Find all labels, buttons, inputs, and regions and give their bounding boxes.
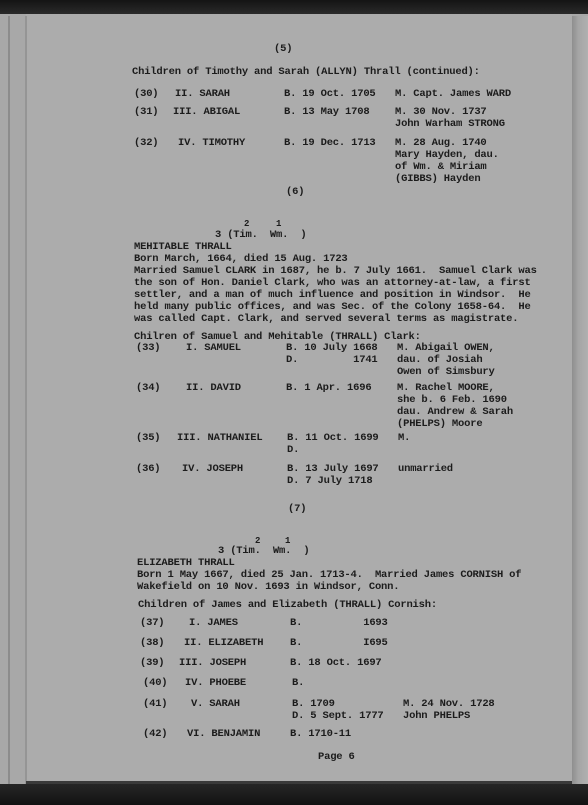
child-name: V. SARAH bbox=[191, 698, 240, 711]
child-birth: B. 1 Apr. 1696 bbox=[286, 382, 371, 395]
bio-line: Wakefield on 10 Nov. 1693 in Windsor, Co… bbox=[137, 581, 399, 594]
child-id: (36) bbox=[136, 463, 160, 476]
child-id: (32) bbox=[134, 137, 158, 150]
child-birth: B. 1710-11 bbox=[290, 728, 351, 741]
child-birth: B. 11 Oct. 1699 bbox=[287, 432, 379, 445]
child-marriage: unmarried bbox=[398, 463, 453, 476]
child-spouse: John PHELPS bbox=[403, 710, 470, 723]
child-name: III. NATHANIEL bbox=[177, 432, 262, 445]
section-heading: Chilren of Samuel and Mehitable (THRALL)… bbox=[134, 331, 421, 344]
child-id: (30) bbox=[134, 88, 158, 101]
scan-bottom-edge bbox=[0, 784, 588, 805]
adjacent-page-edge bbox=[572, 16, 588, 786]
child-id: (31) bbox=[134, 106, 158, 119]
child-name: VI. BENJAMIN bbox=[187, 728, 260, 741]
page-footer: Page 6 bbox=[318, 751, 355, 764]
section-number: (5) bbox=[274, 43, 292, 56]
child-birth: B. I695 bbox=[290, 637, 388, 650]
child-birth: B. 19 Dec. 1713 bbox=[284, 137, 376, 150]
child-name: II. ELIZABETH bbox=[184, 637, 263, 650]
child-death: D. 1741 bbox=[286, 354, 378, 367]
scanned-document: (5) Children of Timothy and Sarah (ALLYN… bbox=[0, 0, 588, 805]
section-heading: Children of Timothy and Sarah (ALLYN) Th… bbox=[132, 66, 480, 79]
section-number: (6) bbox=[286, 186, 304, 199]
child-spouse-parents: Owen of Simsbury bbox=[397, 366, 495, 379]
child-spouse: John Warham STRONG bbox=[395, 118, 505, 131]
child-death: D. 7 July 1718 bbox=[287, 475, 372, 488]
page-edge-line bbox=[25, 16, 27, 786]
child-id: (34) bbox=[136, 382, 160, 395]
child-id: (42) bbox=[143, 728, 167, 741]
page-edge-line bbox=[8, 16, 10, 786]
section-number: (7) bbox=[288, 503, 306, 516]
child-id: (38) bbox=[140, 637, 164, 650]
child-birth: B. 13 May 1708 bbox=[284, 106, 369, 119]
child-id: (39) bbox=[140, 657, 164, 670]
child-name: IV. JOSEPH bbox=[182, 463, 243, 476]
child-name: II. DAVID bbox=[186, 382, 241, 395]
child-birth: B. 1693 bbox=[290, 617, 388, 630]
child-name: I. SAMUEL bbox=[186, 342, 241, 355]
child-name: IV. PHOEBE bbox=[185, 677, 246, 690]
child-birth: B. 18 Oct. 1697 bbox=[290, 657, 382, 670]
child-name: III. JOSEPH bbox=[179, 657, 246, 670]
child-id: (35) bbox=[136, 432, 160, 445]
section-heading: Children of James and Elizabeth (THRALL)… bbox=[138, 599, 437, 612]
child-id: (40) bbox=[143, 677, 167, 690]
child-id: (33) bbox=[136, 342, 160, 355]
child-name: III. ABIGAL bbox=[173, 106, 240, 119]
bio-line: was called Capt. Clark, and served sever… bbox=[134, 313, 518, 326]
child-name: I. JAMES bbox=[189, 617, 238, 630]
child-death: D. bbox=[287, 444, 299, 457]
child-id: (41) bbox=[143, 698, 167, 711]
child-name: IV. TIMOTHY bbox=[178, 137, 245, 150]
child-death: D. 5 Sept. 1777 bbox=[292, 710, 384, 723]
child-name: II. SARAH bbox=[175, 88, 230, 101]
scan-top-edge bbox=[0, 0, 588, 14]
child-id: (37) bbox=[140, 617, 164, 630]
child-spouse-parents: (PHELPS) Moore bbox=[397, 418, 482, 431]
child-birth: B. bbox=[292, 677, 304, 690]
child-marriage: M. Capt. James WARD bbox=[395, 88, 511, 101]
child-marriage: M. bbox=[398, 432, 410, 445]
child-spouse-parents: (GIBBS) Hayden bbox=[395, 173, 480, 186]
child-birth: B. 19 Oct. 1705 bbox=[284, 88, 376, 101]
